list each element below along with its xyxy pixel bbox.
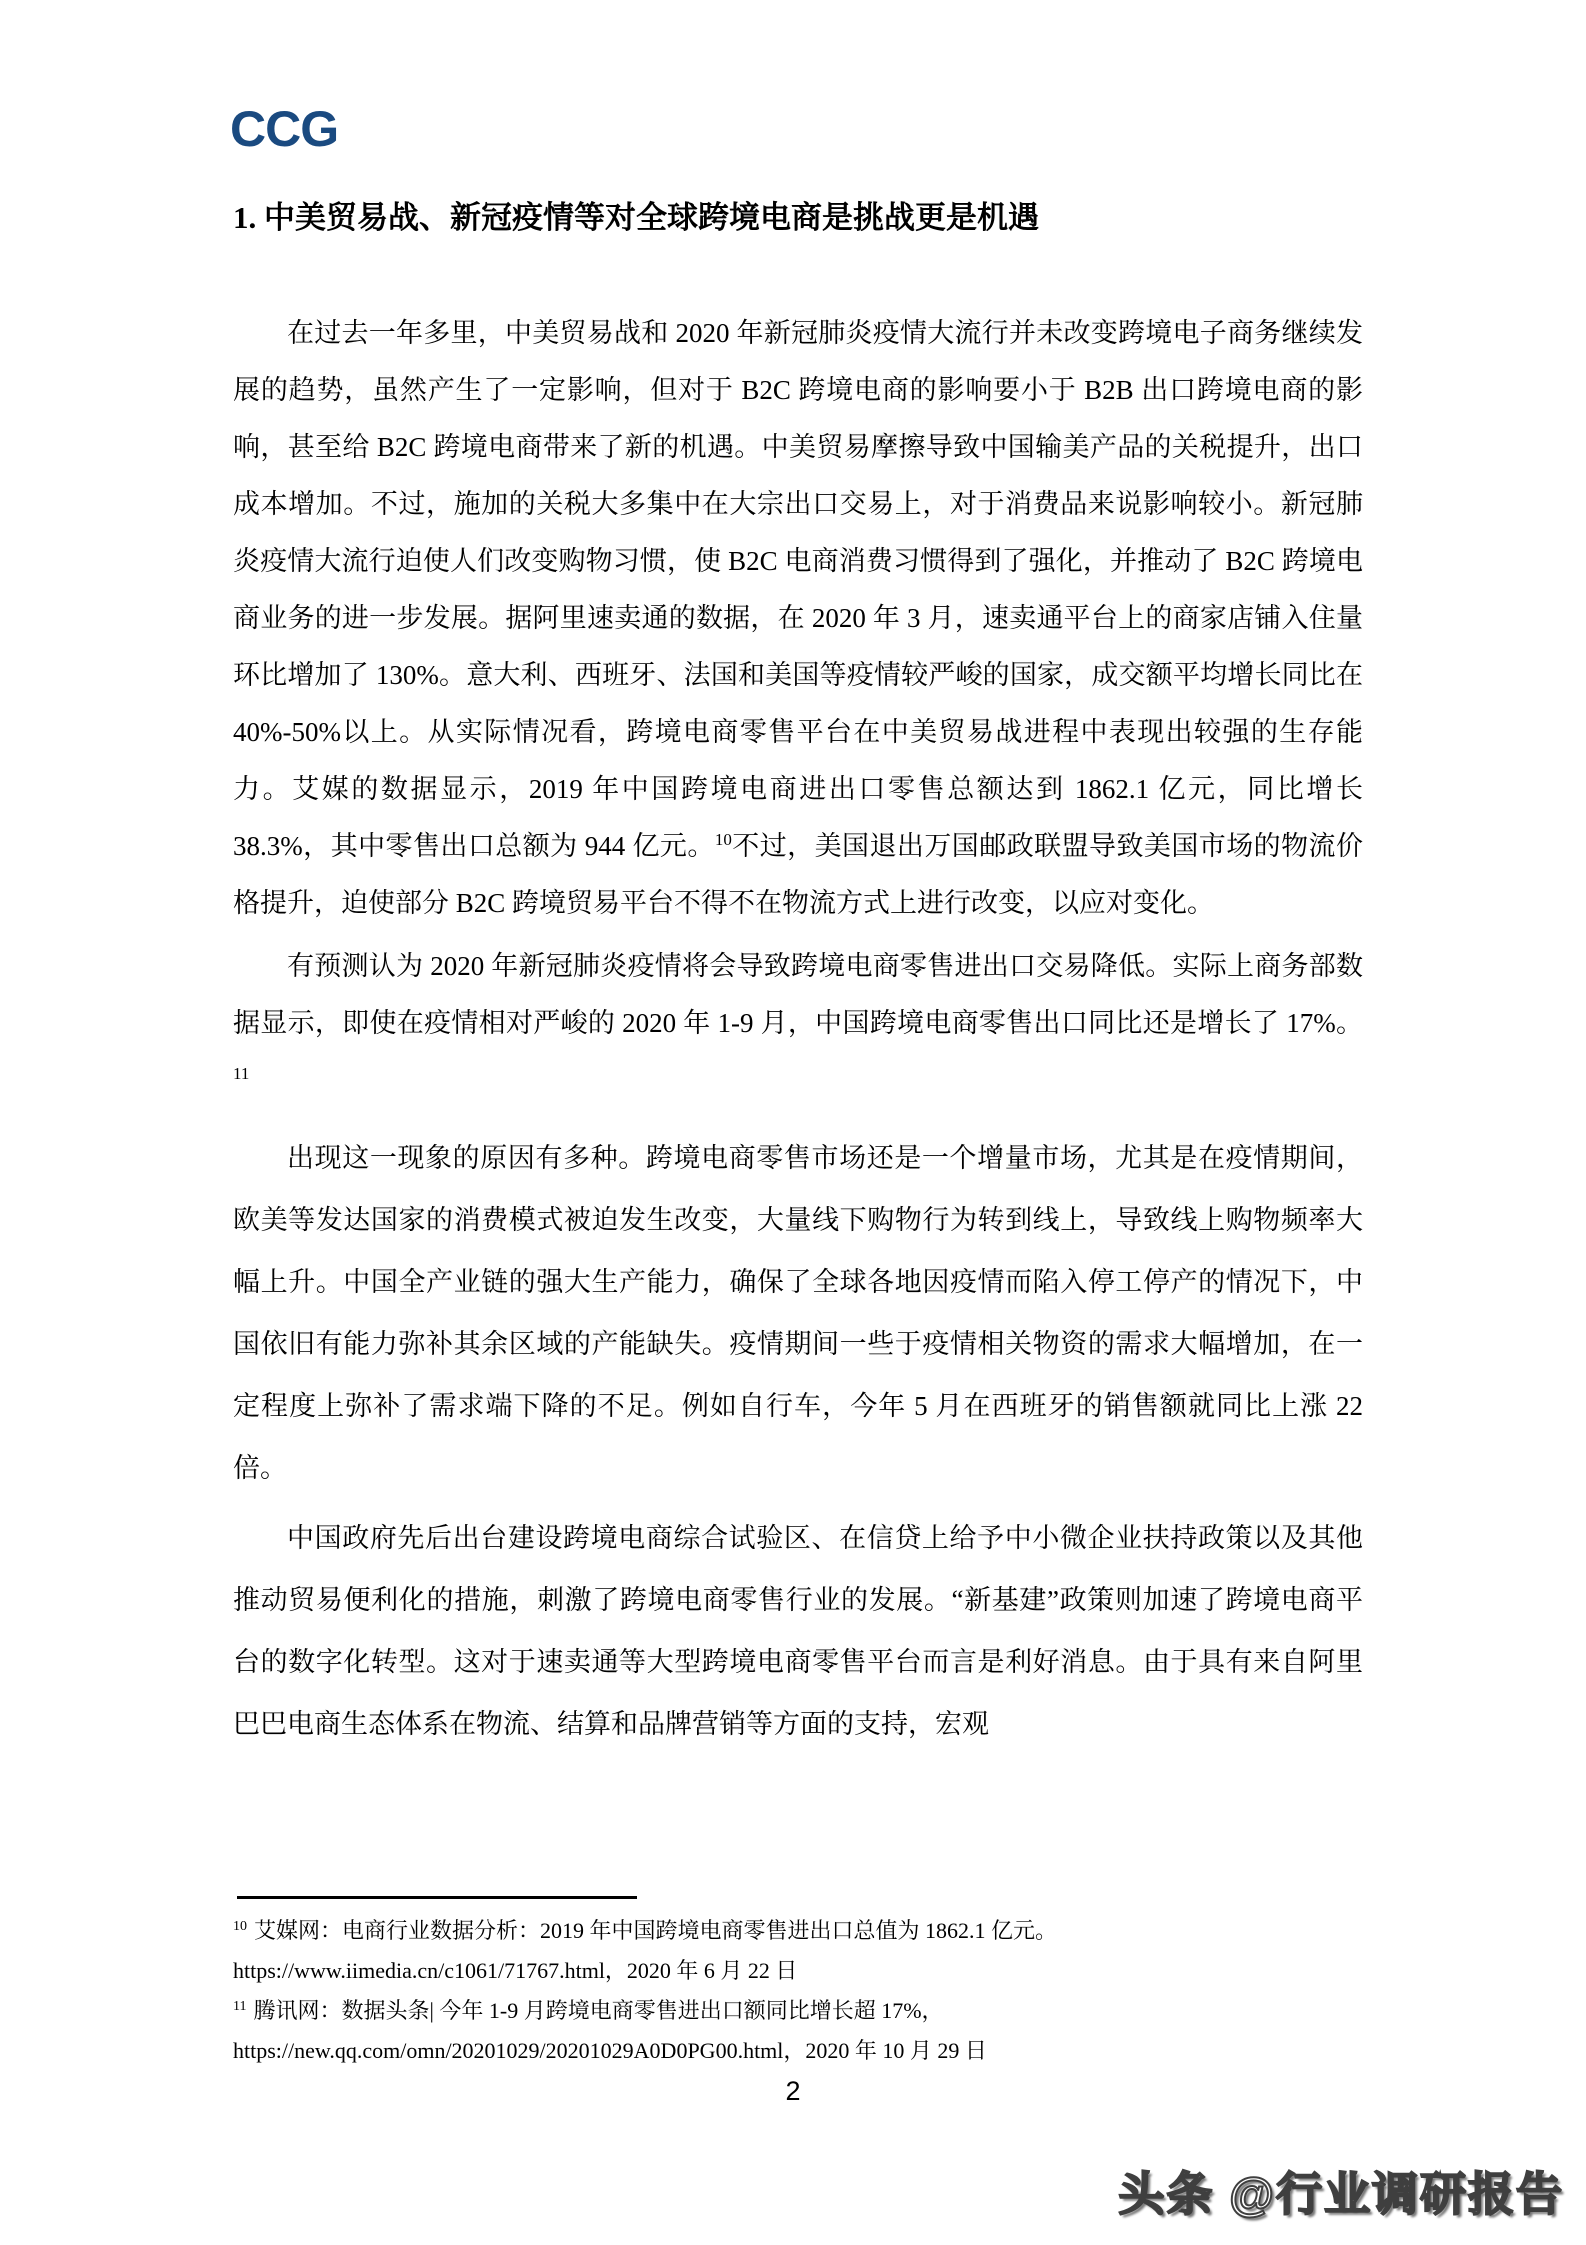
footnote-10-marker: 10 — [233, 1919, 247, 1934]
footnote-ref-11[interactable]: 11 — [233, 1064, 249, 1083]
footnote-10: 10艾媒网：电商行业数据分析：2019 年中国跨境电商零售进出口总值为 1862… — [233, 1911, 1368, 1951]
footnote-11: 11腾讯网：数据头条| 今年 1-9 月跨境电商零售进出口额同比增长超 17%， — [233, 1991, 1368, 2031]
footnote-11-text: 腾讯网：数据头条| 今年 1-9 月跨境电商零售进出口额同比增长超 17%， — [253, 1998, 943, 2023]
paragraph-2: 有预测认为 2020 年新冠肺炎疫情将会导致跨境电商零售进出口交易降低。实际上商… — [233, 938, 1363, 1109]
footnote-separator — [237, 1896, 637, 1899]
paragraph-1-text-a: 在过去一年多里，中美贸易战和 2020 年新冠肺炎疫情大流行并未改变跨境电子商务… — [233, 318, 1363, 861]
paragraph-4: 中国政府先后出台建设跨境电商综合试验区、在信贷上给予中小微企业扶持政策以及其他推… — [233, 1507, 1363, 1755]
paragraph-1: 在过去一年多里，中美贸易战和 2020 年新冠肺炎疫情大流行并未改变跨境电子商务… — [233, 305, 1363, 932]
ccg-logo: CCG — [230, 104, 338, 154]
section-heading: 1. 中美贸易战、新冠疫情等对全球跨境电商是挑战更是机遇 — [233, 197, 1363, 239]
page-number: 2 — [0, 2078, 1586, 2105]
footnote-10-source: https://www.iimedia.cn/c1061/71767.html，… — [233, 1951, 1368, 1991]
footnote-11-url[interactable]: https://new.qq.com/omn/20201029/20201029… — [233, 2038, 987, 2063]
footnote-11-source: https://new.qq.com/omn/20201029/20201029… — [233, 2031, 1368, 2071]
document-body: 在过去一年多里，中美贸易战和 2020 年新冠肺炎疫情大流行并未改变跨境电子商务… — [233, 305, 1363, 1755]
footnote-11-marker: 11 — [233, 1999, 246, 2014]
paragraph-2-text: 有预测认为 2020 年新冠肺炎疫情将会导致跨境电商零售进出口交易降低。实际上商… — [233, 951, 1363, 1038]
footnote-10-url[interactable]: https://www.iimedia.cn/c1061/71767.html，… — [233, 1958, 797, 1983]
footnote-ref-10[interactable]: 10 — [715, 830, 732, 849]
paragraph-3: 出现这一现象的原因有多种。跨境电商零售市场还是一个增量市场，尤其是在疫情期间，欧… — [233, 1127, 1363, 1499]
footnotes-section: 10艾媒网：电商行业数据分析：2019 年中国跨境电商零售进出口总值为 1862… — [233, 1911, 1368, 2071]
footnote-10-text: 艾媒网：电商行业数据分析：2019 年中国跨境电商零售进出口总值为 1862.1… — [254, 1918, 1057, 1943]
toutiao-watermark: 头条 @行业调研报告 — [1118, 2171, 1564, 2217]
document-page: CCG 1. 中美贸易战、新冠疫情等对全球跨境电商是挑战更是机遇 在过去一年多里… — [0, 0, 1586, 2245]
